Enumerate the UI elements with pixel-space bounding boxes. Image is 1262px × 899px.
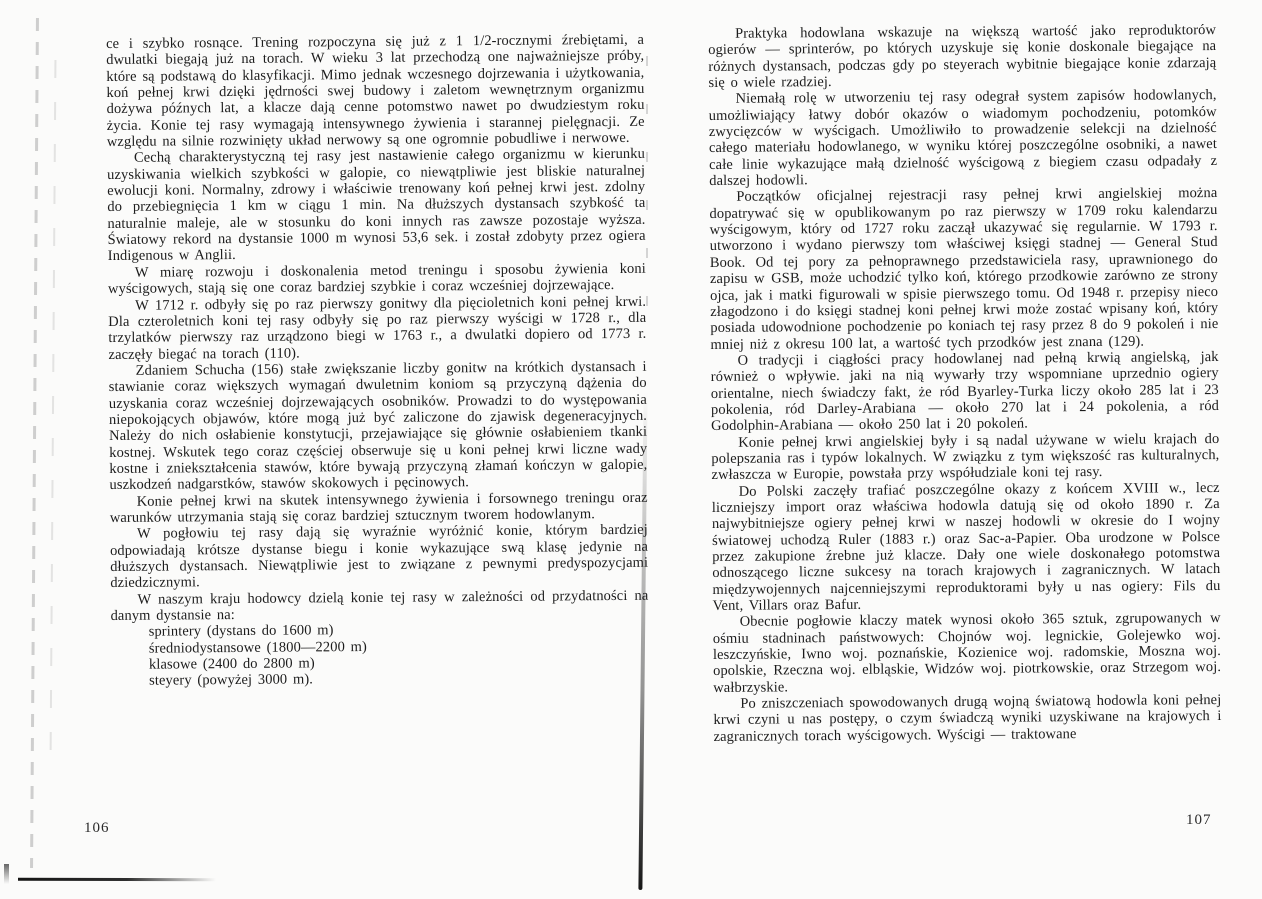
list-item: steyery (powyżej 3000 m). xyxy=(149,669,649,689)
paragraph: O tradycji i ciągłości pracy hodowlanej … xyxy=(711,349,1220,435)
right-page: Praktyka hodowlana wskazuje na większą w… xyxy=(708,22,1222,745)
paragraph: Początków oficjalnej rejestracji rasy pe… xyxy=(709,185,1218,352)
page-number-right: 107 xyxy=(1186,812,1212,829)
paragraph: Niemałą rolę w utworzeniu tej rasy odegr… xyxy=(709,87,1218,189)
scan-artifact-binding-marks xyxy=(30,18,39,868)
scan-artifact-binding-marks-faint xyxy=(50,60,57,760)
scan-artifact-corner-mark xyxy=(4,864,9,884)
paragraph: W pogłowiu tej rasy dają się wyraźnie wy… xyxy=(110,522,648,592)
scan-artifact-gutter-dashes xyxy=(646,56,648,336)
scan-artifact-bottom-line xyxy=(18,878,216,882)
paragraph: Po zniszczeniach spowodowanych drugą woj… xyxy=(713,692,1221,745)
paragraph: Zdaniem Schucha (156) stałe zwiększanie … xyxy=(109,359,648,494)
paragraph: Praktyka hodowlana wskazuje na większą w… xyxy=(708,22,1216,91)
paragraph: Konie pełnej krwi angielskiej były i są … xyxy=(711,431,1219,484)
paragraph: W naszym kraju hodowcy dzielą konie tej … xyxy=(110,587,648,624)
paragraph: Obecnie pogłowie klaczy matek wynosi oko… xyxy=(713,610,1222,696)
left-page: ce i szybko rosnące. Trening rozpoczyna … xyxy=(106,32,649,690)
paragraph: Konie pełnej krwi na skutek intensywnego… xyxy=(110,489,648,526)
paragraph: Cechą charakterystyczną tej rasy jest na… xyxy=(107,146,646,265)
page-number-left: 106 xyxy=(84,820,110,837)
paragraph: ce i szybko rosnące. Trening rozpoczyna … xyxy=(106,32,645,151)
paragraph: W miarę rozwoju i doskonalenia metod tre… xyxy=(108,261,646,298)
book-spread: ce i szybko rosnące. Trening rozpoczyna … xyxy=(0,0,1262,899)
paragraph: W 1712 r. odbyły się po raz pierwszy gon… xyxy=(108,293,646,363)
distance-list: sprintery (dystans do 1600 m) średniodys… xyxy=(111,620,649,690)
paragraph: Do Polski zaczęły trafiać poszczególne o… xyxy=(712,480,1221,615)
